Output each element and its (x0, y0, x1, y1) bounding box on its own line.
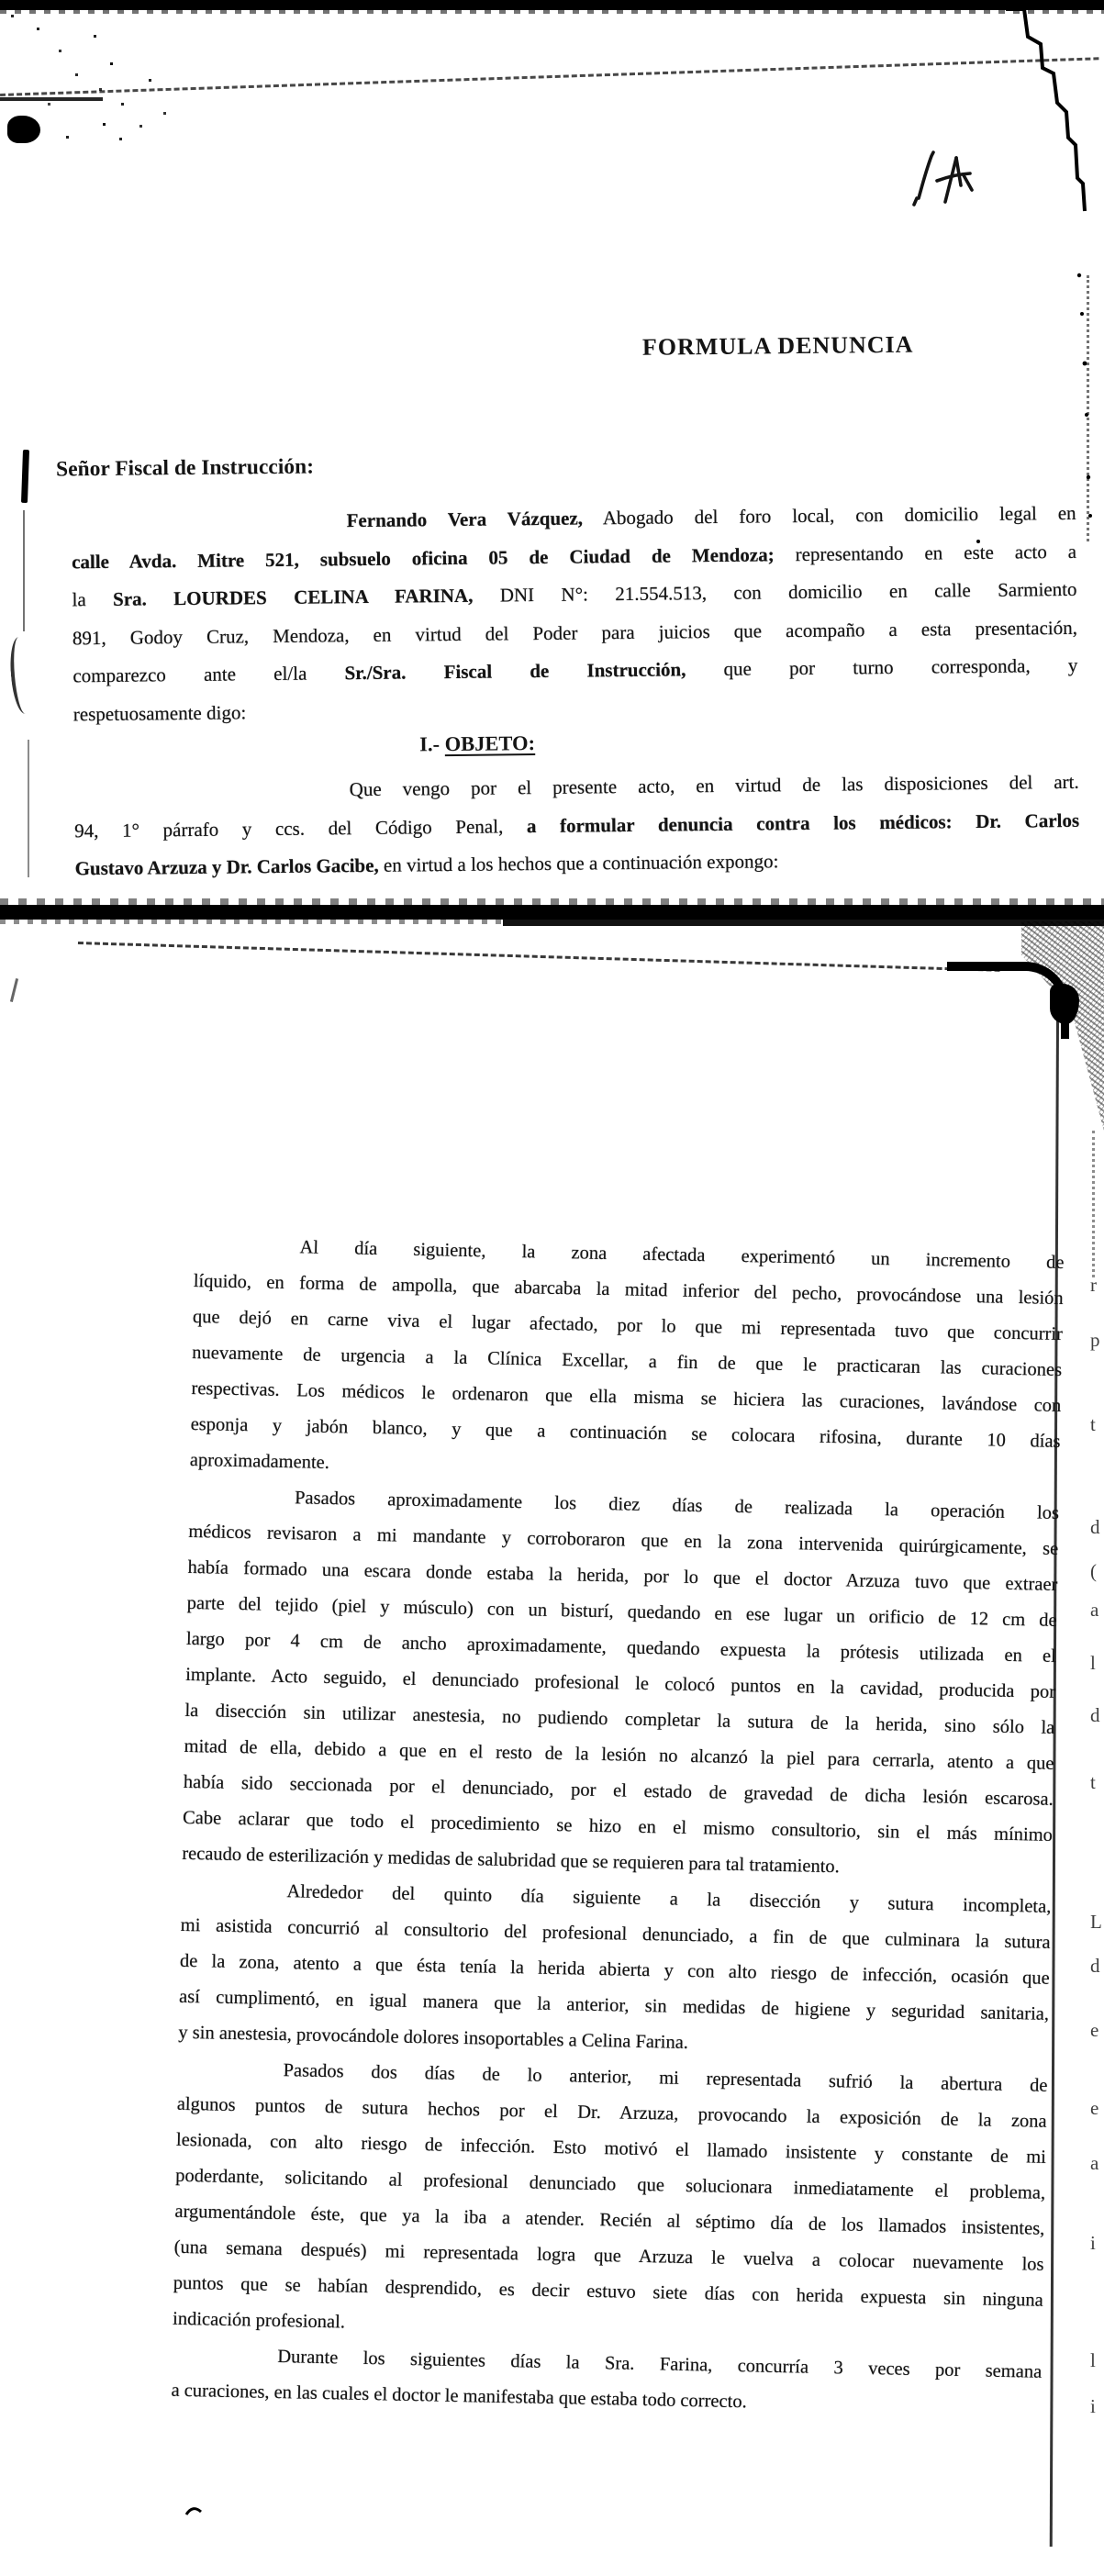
scan-black-band-top (0, 0, 1104, 10)
scan-tick-left (10, 978, 18, 1002)
text-segment: a formular denuncia contra los médicos: … (527, 808, 1079, 836)
text-segment: la (72, 588, 113, 610)
ink-blob-top-left (7, 116, 40, 143)
text-segment: a curaciones, en las cuales el doctor le… (171, 2381, 747, 2413)
document-title: FORMULA DENUNCIA (567, 330, 989, 362)
page1-top-edge-line (0, 57, 1098, 96)
edge-fragment: e (1090, 2019, 1098, 2042)
text-segment: Sr./Sra. Fiscal de Instrucción, (344, 658, 686, 684)
edge-fragment: p (1090, 1329, 1100, 1352)
scan-noise-page2-corner (1021, 921, 1104, 1131)
text-segment: indicación profesional. (173, 2309, 345, 2333)
text-segment: respetuosamente digo: (73, 701, 247, 725)
edge-fragment: d (1090, 1955, 1100, 1978)
edge-fragment: a (1090, 1599, 1098, 1622)
facts-paragraphs: Al día siguiente, la zona afectada exper… (171, 1228, 1065, 2426)
section-heading-objeto: I.- OBJETO: (419, 731, 535, 756)
edge-fragment: ( (1090, 1560, 1097, 1583)
edge-fragment: d (1090, 1516, 1100, 1539)
page-separator-fringe-top (0, 898, 1104, 906)
text-segment: DNI N°: 21.554.513, con domicilio en cal… (473, 578, 1076, 607)
text-segment: en virtud a los hechos que a continuació… (379, 850, 779, 876)
text-segment: 891, Godoy Cruz, Mendoza, en virtud del … (72, 616, 1077, 648)
scan-speckles-top-left (11, 15, 14, 17)
page-separator-fringe-bottom (0, 920, 503, 924)
edge-fragment: i (1090, 2395, 1096, 2418)
text-segment: recaudo de esterilización y medidas de s… (182, 1844, 840, 1877)
text-segment: Sra. LOURDES CELINA FARINA, (113, 585, 474, 610)
scan-mark-bottom-left (186, 2509, 201, 2515)
page1-top-edge-dash (0, 97, 103, 101)
page-separator-band-2 (503, 918, 1104, 926)
handwritten-page-number (914, 152, 972, 205)
page-separator-band (0, 905, 1104, 920)
text-segment: y sin anestesia, provocándole dolores in… (178, 2023, 688, 2053)
page2-top-edge-line (78, 942, 1000, 972)
page2-corner-outline (947, 962, 1069, 1039)
scanned-document-page: { "document": { "ink_color": "#000000", … (0, 0, 1104, 2576)
text-segment: Abogado del foro local, con domicilio le… (583, 502, 1076, 530)
text-segment: OBJETO: (445, 731, 536, 755)
page-2: Al día siguiente, la zona afectada exper… (195, 1228, 1065, 1245)
scan-curve-mark-left (7, 636, 36, 715)
edge-fragment: a (1090, 2152, 1098, 2175)
salutation-line: Señor Fiscal de Instrucción: (56, 455, 314, 483)
scan-edge-line-left (23, 510, 25, 631)
text-segment: Fernando Vera Vázquez, (347, 507, 584, 531)
text-segment: Gustavo Arzuza y Dr. Carlos Gacibe, (74, 854, 378, 879)
text-segment: 94, 1° párrafo y ccs. del Código Penal, (74, 815, 527, 842)
objeto-paragraph: Que vengo por el presente acto, en virtu… (74, 764, 1080, 888)
page-1: FORMULA DENUNCIA Señor Fiscal de Instruc… (0, 0, 1098, 3)
edge-fragment: L (1090, 1911, 1102, 1934)
text-segment: comparezco ante el/la (72, 662, 344, 686)
edge-fragment: t (1090, 1771, 1096, 1794)
text-segment: Que vengo por el presente acto, en virtu… (350, 771, 1079, 800)
scan-streak-left (21, 450, 29, 503)
edge-fragment: e (1090, 2097, 1098, 2120)
edge-fragment: d (1090, 1704, 1100, 1727)
text-segment: que por turno corresponda, y (686, 654, 1077, 680)
scan-band-fringe (0, 10, 1104, 14)
scan-dots-right-edge-2 (1092, 1131, 1095, 1277)
edge-fragment: i (1090, 2232, 1096, 2255)
text-segment: I.- (419, 732, 445, 755)
ink-blob-page2-corner (1050, 984, 1079, 1024)
scan-dots-right-edge (1087, 275, 1089, 541)
edge-fragment: l (1090, 1652, 1096, 1675)
cutoff-letter-fragments: rptd(aldtLdeeaili (1088, 0, 1104, 2576)
scan-edge-line-left-2 (28, 740, 29, 877)
edge-fragment: l (1090, 2349, 1096, 2372)
text-segment: representando en este acto a (775, 540, 1077, 564)
page1-torn-corner-line (1006, 9, 1085, 211)
edge-fragment: t (1090, 1413, 1096, 1436)
text-segment: aproximadamente. (190, 1450, 329, 1473)
edge-fragment: r (1090, 1274, 1097, 1297)
text-segment: calle Avda. Mitre 521, subsuelo oficina … (72, 543, 775, 573)
intro-paragraph: Fernando Vera Vázquez, Abogado del foro … (71, 495, 1078, 733)
